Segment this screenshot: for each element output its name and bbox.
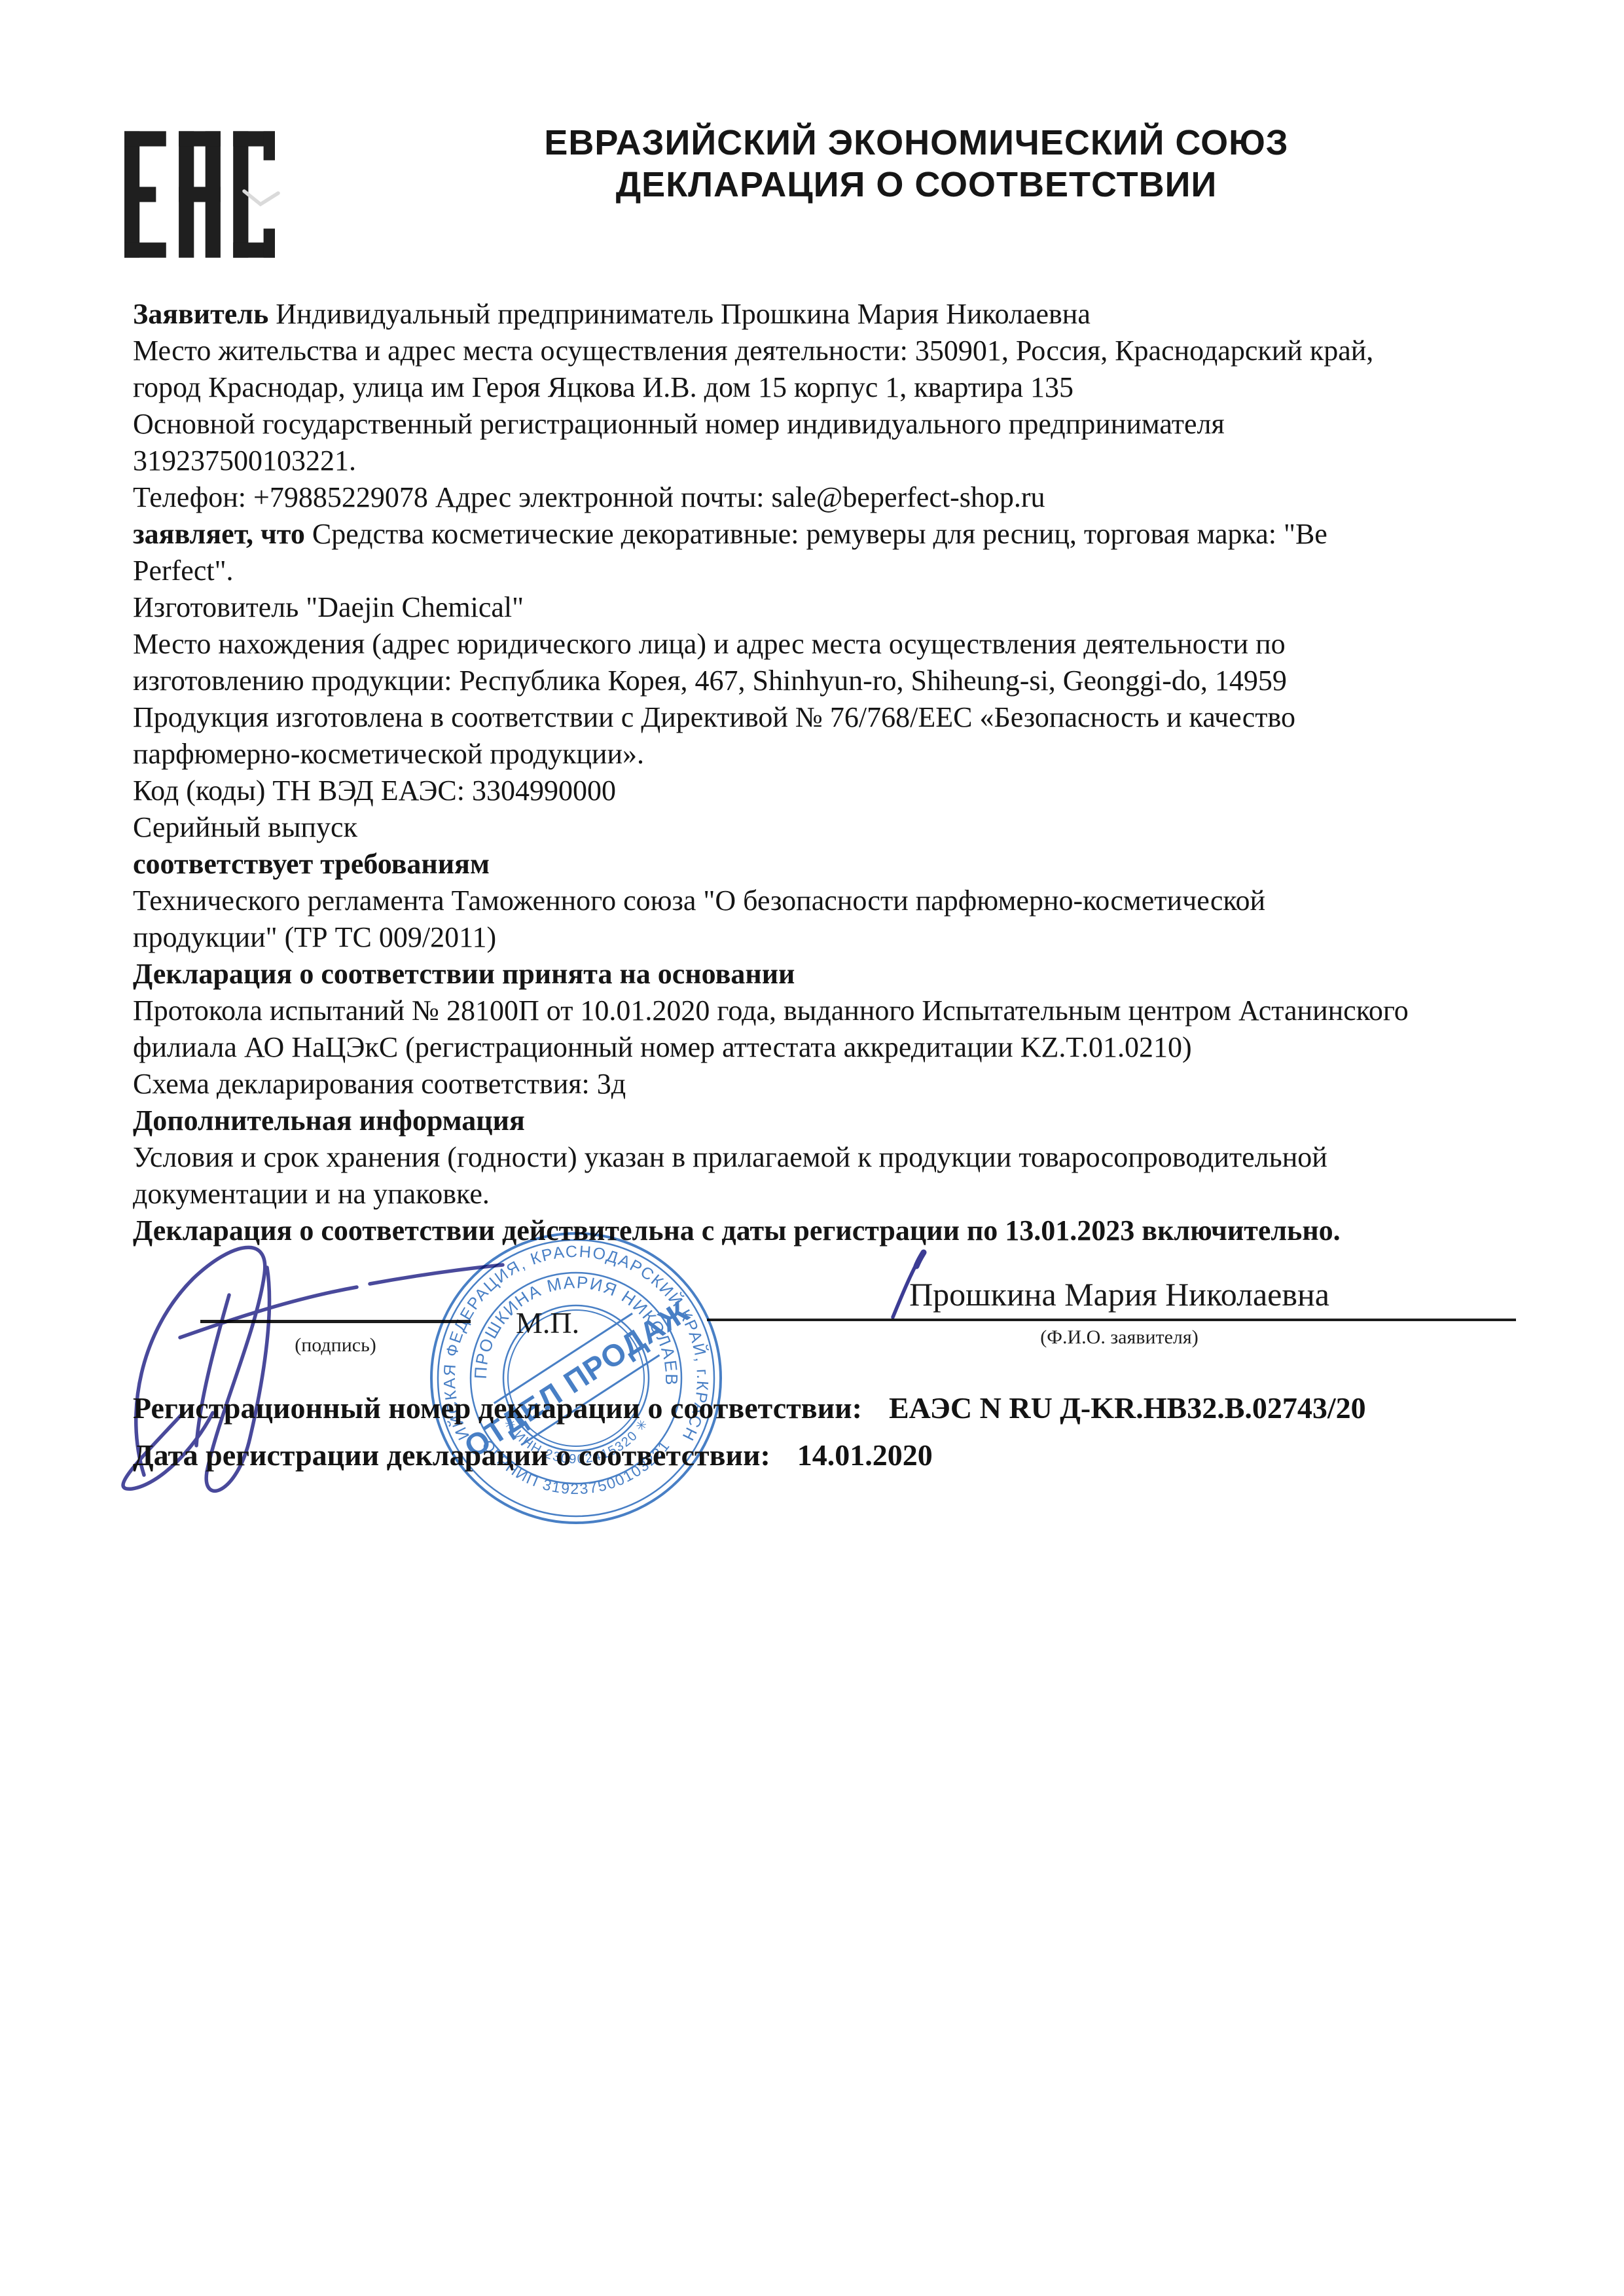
doc-line: Продукция изготовлена в соответствии с Д… bbox=[133, 699, 1534, 736]
fio-caption: (Ф.И.О. заявителя) bbox=[720, 1326, 1519, 1349]
doc-line: город Краснодар, улица им Героя Яцкова И… bbox=[133, 369, 1534, 406]
doc-line: Условия и срок хранения (годности) указа… bbox=[133, 1139, 1534, 1176]
registration-number-label: Регистрационный номер декларации о соотв… bbox=[133, 1391, 862, 1425]
doc-line: филиала АО НаЦЭкС (регистрационный номер… bbox=[133, 1029, 1534, 1066]
registration-number-line: Регистрационный номер декларации о соотв… bbox=[133, 1391, 1366, 1425]
pen-tick-mark bbox=[885, 1249, 931, 1321]
registration-date-label: Дата регистрации декларации о соответств… bbox=[133, 1438, 770, 1472]
doc-line: Изготовитель "Daejin Chemical" bbox=[133, 589, 1534, 626]
doc-line: Место нахождения (адрес юридического лиц… bbox=[133, 626, 1534, 663]
doc-line: соответствует требованиям bbox=[133, 846, 1534, 883]
doc-line: Заявитель Индивидуальный предприниматель… bbox=[133, 296, 1534, 333]
doc-line: Место жительства и адрес места осуществл… bbox=[133, 333, 1534, 369]
registration-number-value: ЕАЭС N RU Д-KR.НВ32.В.02743/20 bbox=[889, 1391, 1366, 1425]
doc-line: парфюмерно-косметической продукции». bbox=[133, 736, 1534, 773]
doc-line: Телефон: +79885229078 Адрес электронной … bbox=[133, 479, 1534, 516]
applicant-name: Прошкина Мария Николаевна bbox=[720, 1275, 1519, 1313]
doc-line: продукции" (ТР ТС 009/2011) bbox=[133, 919, 1534, 956]
doc-line: 319237500103221. bbox=[133, 443, 1534, 479]
round-stamp: РОССИЙСКАЯ ФЕДЕРАЦИЯ, КРАСНОДАРСКИЙ КРАЙ… bbox=[425, 1228, 727, 1529]
doc-line: изготовлению продукции: Республика Корея… bbox=[133, 663, 1534, 699]
doc-line: Технического регламента Таможенного союз… bbox=[133, 883, 1534, 919]
document-body: Заявитель Индивидуальный предприниматель… bbox=[133, 296, 1534, 1249]
document-title: ЕВРАЗИЙСКИЙ ЭКОНОМИЧЕСКИЙ СОЮЗ ДЕКЛАРАЦИ… bbox=[425, 122, 1407, 206]
declaration-page: ЕВРАЗИЙСКИЙ ЭКОНОМИЧЕСКИЙ СОЮЗ ДЕКЛАРАЦИ… bbox=[0, 0, 1624, 2296]
title-line-2: ДЕКЛАРАЦИЯ О СООТВЕТСТВИИ bbox=[425, 164, 1407, 206]
doc-line: Дополнительная информация bbox=[133, 1102, 1534, 1139]
doc-line: Схема декларирования соответствия: 3д bbox=[133, 1066, 1534, 1102]
doc-line: Серийный выпуск bbox=[133, 809, 1534, 846]
fio-line bbox=[707, 1319, 1516, 1321]
scan-artifact-mark bbox=[241, 186, 283, 210]
doc-line: документации и на упаковке. bbox=[133, 1176, 1534, 1212]
title-line-1: ЕВРАЗИЙСКИЙ ЭКОНОМИЧЕСКИЙ СОЮЗ bbox=[425, 122, 1407, 164]
doc-line: заявляет, что Средства косметические дек… bbox=[133, 516, 1534, 553]
registration-date-value: 14.01.2020 bbox=[797, 1438, 933, 1472]
registration-date-line: Дата регистрации декларации о соответств… bbox=[133, 1438, 933, 1472]
doc-line: Код (коды) ТН ВЭД ЕАЭС: 3304990000 bbox=[133, 773, 1534, 809]
doc-line: Основной государственный регистрационный… bbox=[133, 406, 1534, 443]
doc-line: Perfect". bbox=[133, 553, 1534, 589]
doc-line: Протокола испытаний № 28100П от 10.01.20… bbox=[133, 993, 1534, 1029]
doc-line: Декларация о соответствии принята на осн… bbox=[133, 956, 1534, 993]
